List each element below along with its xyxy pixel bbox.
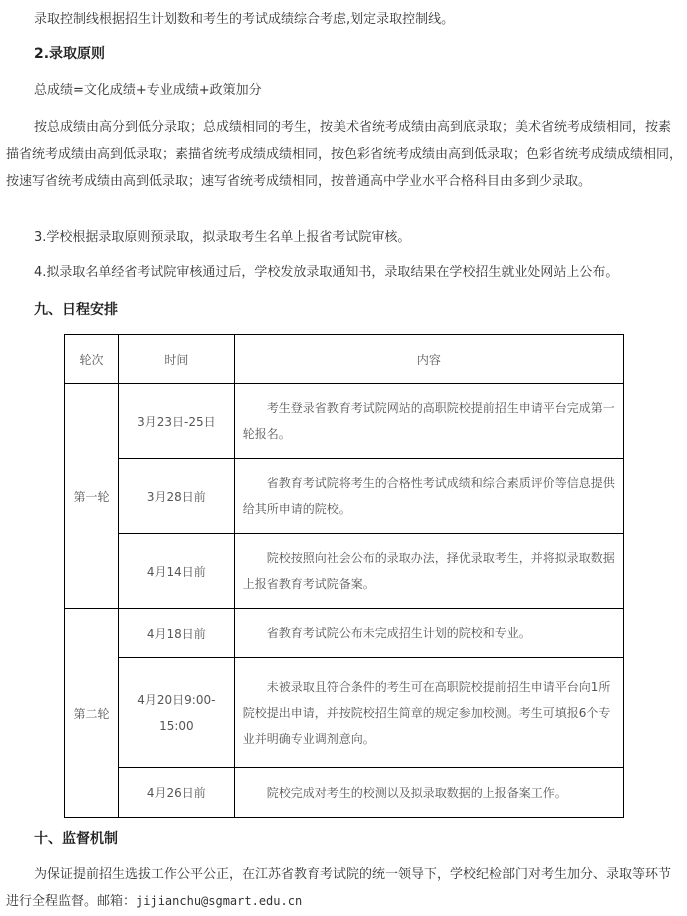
- time-cell: 3月28日前: [118, 459, 234, 534]
- table-row: 第二轮 4月18日前 省教育考试院公布未完成招生计划的院校和专业。: [65, 609, 624, 658]
- header-time: 时间: [118, 335, 234, 384]
- content-cell: 院校完成对考生的校测以及拟录取数据的上报备案工作。: [234, 768, 623, 818]
- paragraph-supervision: 为保证提前招生选拔工作公平公正，在江苏省教育考试院的统一领导下，学校纪检部门对考…: [6, 862, 682, 915]
- content-cell: 未被录取且符合条件的考生可在高职院校提前招生申请平台向1所院校提出申请，并按院校…: [234, 658, 623, 768]
- content-cell: 院校按照向社会公布的录取办法，择优录取考生，并将拟录取数据上报省教育考试院备案。: [234, 534, 623, 609]
- table-row: 4月14日前 院校按照向社会公布的录取办法，择优录取考生，并将拟录取数据上报省教…: [65, 534, 624, 609]
- email-link[interactable]: jijianchu@sgmart.edu.cn: [136, 894, 302, 908]
- time-cell: 3月23日-25日: [118, 384, 234, 459]
- paragraph-control-line: 录取控制线根据招生计划数和考生的考试成绩综合考虑,划定录取控制线。: [34, 7, 687, 33]
- paragraph-pre-admission: 3.学校根据录取原则预录取，拟录取考生名单上报省考试院审核。: [34, 225, 687, 251]
- schedule-table: 轮次 时间 内容 第一轮 3月23日-25日 考生登录省教育考试院网站的高职院校…: [64, 334, 624, 818]
- content-cell: 省教育考试院将考生的合格性考试成绩和综合素质评价等信息提供给其所申请的院校。: [234, 459, 623, 534]
- heading-admission-principle: 2.录取原则: [34, 41, 687, 67]
- header-content: 内容: [234, 335, 623, 384]
- time-cell: 4月18日前: [118, 609, 234, 658]
- table-row: 3月28日前 省教育考试院将考生的合格性考试成绩和综合素质评价等信息提供给其所申…: [65, 459, 624, 534]
- round-label: 第一轮: [65, 384, 119, 609]
- supervision-text: 为保证提前招生选拔工作公平公正，在江苏省教育考试院的统一领导下，学校纪检部门对考…: [6, 867, 671, 909]
- table-header-row: 轮次 时间 内容: [65, 335, 624, 384]
- table-row: 4月20日9:00-15:00 未被录取且符合条件的考生可在高职院校提前招生申请…: [65, 658, 624, 768]
- time-cell: 4月14日前: [118, 534, 234, 609]
- formula-total-score: 总成绩=文化成绩+专业成绩+政策加分: [34, 78, 687, 104]
- time-cell: 4月20日9:00-15:00: [118, 658, 234, 768]
- paragraph-admission-rules: 按总成绩由高分到低分录取；总成绩相同的考生，按美术省统考成绩由高到底录取；美术省…: [6, 114, 682, 195]
- table-row: 第一轮 3月23日-25日 考生登录省教育考试院网站的高职院校提前招生申请平台完…: [65, 384, 624, 459]
- header-round: 轮次: [65, 335, 119, 384]
- content-cell: 省教育考试院公布未完成招生计划的院校和专业。: [234, 609, 623, 658]
- round-label: 第二轮: [65, 609, 119, 818]
- section-title-supervision: 十、监督机制: [34, 826, 687, 852]
- section-title-schedule: 九、日程安排: [34, 297, 687, 323]
- time-cell: 4月26日前: [118, 768, 234, 818]
- content-cell: 考生登录省教育考试院网站的高职院校提前招生申请平台完成第一轮报名。: [234, 384, 623, 459]
- table-row: 4月26日前 院校完成对考生的校测以及拟录取数据的上报备案工作。: [65, 768, 624, 818]
- paragraph-admission-notice: 4.拟录取名单经省考试院审核通过后，学校发放录取通知书，录取结果在学校招生就业处…: [34, 260, 687, 286]
